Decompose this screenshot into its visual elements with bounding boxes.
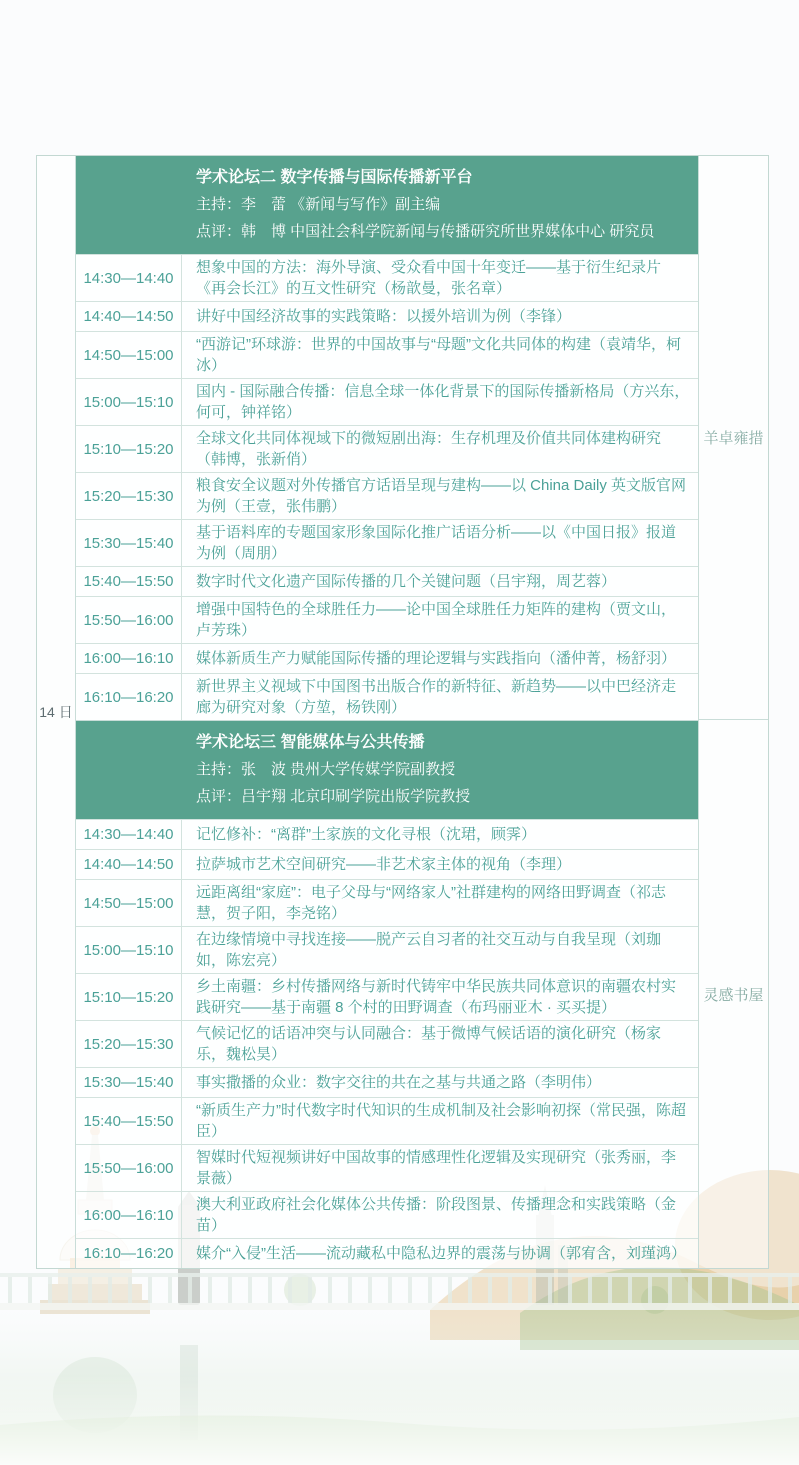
bridge-railing bbox=[0, 1273, 799, 1310]
venue-cell: 灵感书屋 bbox=[698, 720, 768, 1268]
session-topic: “西游记”环球游：世界的中国故事与“母题”文化共同体的构建（袁靖华，柯冰） bbox=[182, 332, 698, 378]
session-row: 15:10—15:20 乡土南疆：乡村传播网络与新时代铸牢中华民族共同体意识的南… bbox=[76, 973, 698, 1020]
session-topic: 基于语料库的专题国家形象国际化推广话语分析——以《中国日报》报道为例（周朋） bbox=[182, 520, 698, 566]
session-topic: 讲好中国经济故事的实践策略：以援外培训为例（李锋） bbox=[182, 302, 698, 331]
session-row: 14:50—15:00 远距离组“家庭”：电子父母与“网络家人”社群建构的网络田… bbox=[76, 879, 698, 926]
session-topic: 记忆修补：“离群”土家族的文化寻根（沈珺，顾霁） bbox=[182, 820, 698, 849]
forum-title: 学术论坛二 数字传播与国际传播新平台 bbox=[196, 164, 688, 191]
session-time: 15:30—15:40 bbox=[76, 1068, 182, 1097]
session-row: 14:30—14:40 想象中国的方法：海外导演、受众看中国十年变迁——基于衍生… bbox=[76, 254, 698, 301]
session-time: 15:30—15:40 bbox=[76, 520, 182, 566]
session-row: 15:50—16:00 增强中国特色的全球胜任力——论中国全球胜任力矩阵的建构（… bbox=[76, 596, 698, 643]
forum-header: 学术论坛二 数字传播与国际传播新平台 主持：李 蕾 《新闻与写作》副主编 点评：… bbox=[76, 156, 698, 254]
session-row: 16:10—16:20 新世界主义视域下中国图书出版合作的新特征、新趋势——以中… bbox=[76, 673, 698, 720]
session-topic: “新质生产力”时代数字时代知识的生成机制及社会影响初探（常民强，陈超臣） bbox=[182, 1098, 698, 1144]
session-topic: 媒介“入侵”生活——流动藏私中隐私边界的震荡与协调（郭宥含，刘瑾鸿） bbox=[182, 1239, 698, 1268]
session-time: 15:10—15:20 bbox=[76, 426, 182, 472]
session-topic: 澳大利亚政府社会化媒体公共传播：阶段图景、传播理念和实践策略（金苗） bbox=[182, 1192, 698, 1238]
session-time: 16:10—16:20 bbox=[76, 674, 182, 720]
session-time: 15:50—16:00 bbox=[76, 597, 182, 643]
session-topic: 拉萨城市艺术空间研究——非艺术家主体的视角（李理） bbox=[182, 850, 698, 879]
session-row: 15:10—15:20 全球文化共同体视域下的微短剧出海：生存机理及价值共同体建… bbox=[76, 425, 698, 472]
session-topic: 粮食安全议题对外传播官方话语呈现与建构——以 China Daily 英文版官网… bbox=[182, 473, 698, 519]
session-topic: 国内 - 国际融合传播：信息全球一体化背景下的国际传播新格局（方兴东，何可，钟祥… bbox=[182, 379, 698, 425]
session-row: 16:10—16:20 媒介“入侵”生活——流动藏私中隐私边界的震荡与协调（郭宥… bbox=[76, 1238, 698, 1268]
session-time: 14:50—15:00 bbox=[76, 332, 182, 378]
session-time: 15:20—15:30 bbox=[76, 473, 182, 519]
session-time: 16:00—16:10 bbox=[76, 1192, 182, 1238]
session-row: 14:50—15:00 “西游记”环球游：世界的中国故事与“母题”文化共同体的构… bbox=[76, 331, 698, 378]
session-row: 14:30—14:40 记忆修补：“离群”土家族的文化寻根（沈珺，顾霁） bbox=[76, 819, 698, 849]
session-time: 15:40—15:50 bbox=[76, 1098, 182, 1144]
session-time: 15:40—15:50 bbox=[76, 567, 182, 596]
session-topic: 气候记忆的话语冲突与认同融合：基于微博气候话语的演化研究（杨家乐，魏松昊） bbox=[182, 1021, 698, 1067]
session-topic: 全球文化共同体视域下的微短剧出海：生存机理及价值共同体建构研究（韩博，张新俏） bbox=[182, 426, 698, 472]
session-topic: 增强中国特色的全球胜任力——论中国全球胜任力矩阵的建构（贾文山，卢芳珠） bbox=[182, 597, 698, 643]
session-time: 15:00—15:10 bbox=[76, 927, 182, 973]
session-row: 15:20—15:30 粮食安全议题对外传播官方话语呈现与建构——以 China… bbox=[76, 472, 698, 519]
session-row: 15:30—15:40 基于语料库的专题国家形象国际化推广话语分析——以《中国日… bbox=[76, 519, 698, 566]
session-time: 14:30—14:40 bbox=[76, 255, 182, 301]
session-topic: 智媒时代短视频讲好中国故事的情感理性化逻辑及实现研究（张秀丽，李景薇） bbox=[182, 1145, 698, 1191]
session-row: 15:00—15:10 国内 - 国际融合传播：信息全球一体化背景下的国际传播新… bbox=[76, 378, 698, 425]
session-topic: 远距离组“家庭”：电子父母与“网络家人”社群建构的网络田野调查（祁志慧，贺子阳，… bbox=[182, 880, 698, 926]
session-time: 15:50—16:00 bbox=[76, 1145, 182, 1191]
session-time: 14:40—14:50 bbox=[76, 302, 182, 331]
session-rows: 14:30—14:40 想象中国的方法：海外导演、受众看中国十年变迁——基于衍生… bbox=[76, 254, 698, 720]
session-time: 14:30—14:40 bbox=[76, 820, 182, 849]
session-row: 15:30—15:40 事实撒播的众业：数字交往的共在之基与共通之路（李明伟） bbox=[76, 1067, 698, 1097]
session-row: 15:20—15:30 气候记忆的话语冲突与认同融合：基于微博气候话语的演化研究… bbox=[76, 1020, 698, 1067]
session-row: 15:00—15:10 在边缘情境中寻找连接——脱产云自习者的社交互动与自我呈现… bbox=[76, 926, 698, 973]
forum-section: 学术论坛三 智能媒体与公共传播 主持：张 波 贵州大学传媒学院副教授 点评：吕宇… bbox=[76, 720, 698, 1268]
venue-cell: 羊卓雍措 bbox=[698, 156, 768, 720]
session-topic: 事实撒播的众业：数字交往的共在之基与共通之路（李明伟） bbox=[182, 1068, 698, 1097]
session-row: 15:50—16:00 智媒时代短视频讲好中国故事的情感理性化逻辑及实现研究（张… bbox=[76, 1144, 698, 1191]
forum-reviewer: 点评：吕宇翔 北京印刷学院出版学院教授 bbox=[196, 783, 688, 810]
session-time: 15:20—15:30 bbox=[76, 1021, 182, 1067]
session-time: 15:10—15:20 bbox=[76, 974, 182, 1020]
session-time: 16:00—16:10 bbox=[76, 644, 182, 673]
session-time: 14:50—15:00 bbox=[76, 880, 182, 926]
session-row: 14:40—14:50 拉萨城市艺术空间研究——非艺术家主体的视角（李理） bbox=[76, 849, 698, 879]
schedule-table: 14 日 学术论坛二 数字传播与国际传播新平台 主持：李 蕾 《新闻与写作》副主… bbox=[36, 155, 769, 1269]
forum-section: 学术论坛二 数字传播与国际传播新平台 主持：李 蕾 《新闻与写作》副主编 点评：… bbox=[76, 156, 698, 720]
session-row: 16:00—16:10 媒体新质生产力赋能国际传播的理论逻辑与实践指向（潘仲菁，… bbox=[76, 643, 698, 673]
day-cell: 14 日 bbox=[37, 156, 76, 1268]
session-topic: 乡土南疆：乡村传播网络与新时代铸牢中华民族共同体意识的南疆农村实践研究——基于南… bbox=[182, 974, 698, 1020]
session-row: 15:40—15:50 “新质生产力”时代数字时代知识的生成机制及社会影响初探（… bbox=[76, 1097, 698, 1144]
forum-host: 主持：李 蕾 《新闻与写作》副主编 bbox=[196, 191, 688, 218]
session-rows: 14:30—14:40 记忆修补：“离群”土家族的文化寻根（沈珺，顾霁） 14:… bbox=[76, 819, 698, 1268]
session-time: 14:40—14:50 bbox=[76, 850, 182, 879]
session-topic: 新世界主义视域下中国图书出版合作的新特征、新趋势——以中巴经济走廊为研究对象（方… bbox=[182, 674, 698, 720]
session-time: 16:10—16:20 bbox=[76, 1239, 182, 1268]
venue-label: 灵感书屋 bbox=[703, 984, 763, 1005]
session-topic: 媒体新质生产力赋能国际传播的理论逻辑与实践指向（潘仲菁，杨舒羽） bbox=[182, 644, 698, 673]
forum-header: 学术论坛三 智能媒体与公共传播 主持：张 波 贵州大学传媒学院副教授 点评：吕宇… bbox=[76, 721, 698, 819]
session-time: 15:00—15:10 bbox=[76, 379, 182, 425]
session-topic: 数字时代文化遗产国际传播的几个关键问题（吕宇翔，周艺蓉） bbox=[182, 567, 698, 596]
session-row: 16:00—16:10 澳大利亚政府社会化媒体公共传播：阶段图景、传播理念和实践… bbox=[76, 1191, 698, 1238]
session-topic: 在边缘情境中寻找连接——脱产云自习者的社交互动与自我呈现（刘珈如，陈宏亮） bbox=[182, 927, 698, 973]
venue-label: 羊卓雍措 bbox=[703, 427, 763, 448]
forum-reviewer: 点评：韩 博 中国社会科学院新闻与传播研究所世界媒体中心 研究员 bbox=[196, 218, 688, 245]
bottom-fade bbox=[0, 1375, 799, 1465]
session-row: 15:40—15:50 数字时代文化遗产国际传播的几个关键问题（吕宇翔，周艺蓉） bbox=[76, 566, 698, 596]
session-topic: 想象中国的方法：海外导演、受众看中国十年变迁——基于衍生纪录片《再会长江》的互文… bbox=[182, 255, 698, 301]
forum-host: 主持：张 波 贵州大学传媒学院副教授 bbox=[196, 756, 688, 783]
day-label: 14 日 bbox=[39, 702, 72, 722]
forum-title: 学术论坛三 智能媒体与公共传播 bbox=[196, 729, 688, 756]
session-row: 14:40—14:50 讲好中国经济故事的实践策略：以援外培训为例（李锋） bbox=[76, 301, 698, 331]
